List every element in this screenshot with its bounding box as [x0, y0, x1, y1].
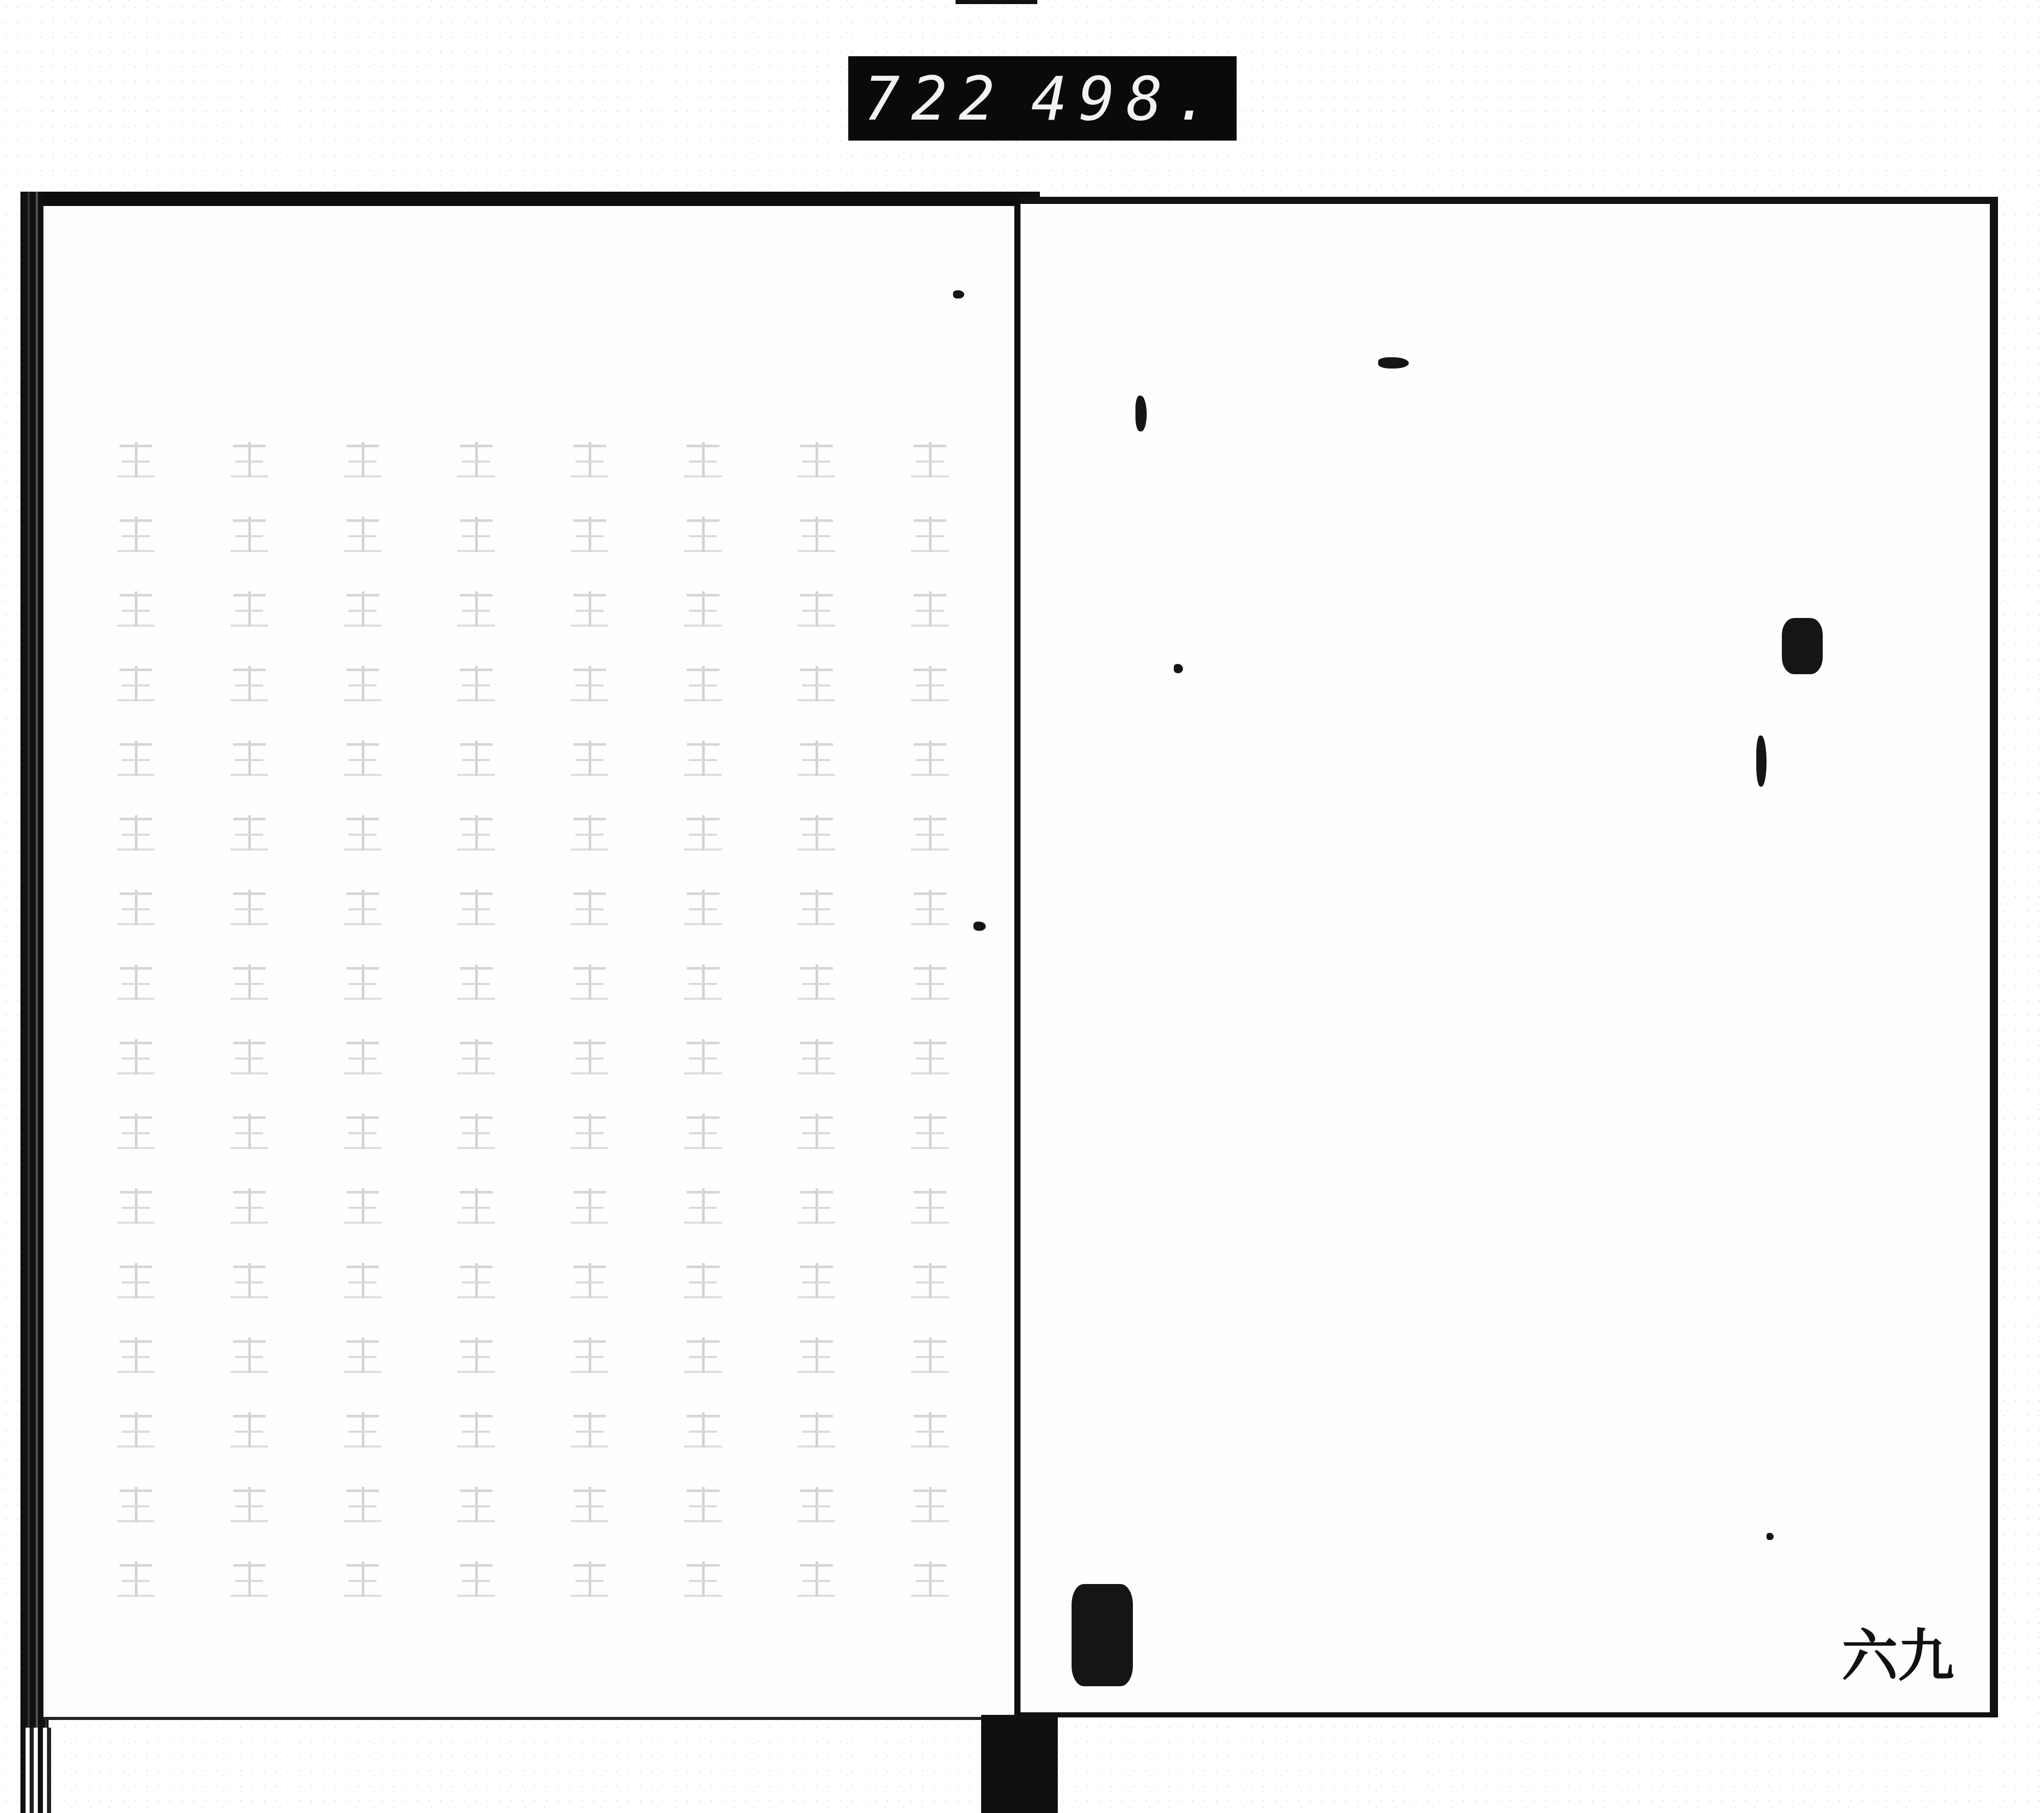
faded-character	[339, 585, 386, 632]
faded-character	[907, 436, 954, 483]
faded-character	[680, 958, 727, 1005]
faded-character	[226, 884, 273, 931]
left-page	[43, 192, 1040, 1720]
faded-character	[793, 436, 840, 483]
faded-character	[793, 1108, 840, 1155]
faded-character	[453, 958, 500, 1005]
film-edge-bottom	[20, 1728, 51, 1813]
faded-character	[680, 809, 727, 856]
faded-character	[339, 958, 386, 1005]
faded-character	[793, 958, 840, 1005]
faded-character	[226, 1555, 273, 1602]
open-book: 六九	[20, 192, 1998, 1720]
faded-character	[793, 660, 840, 707]
faded-character	[453, 436, 500, 483]
faded-character	[112, 809, 159, 856]
faded-character	[112, 585, 159, 632]
faded-character	[793, 1332, 840, 1379]
faded-character	[226, 585, 273, 632]
right-page: 六九	[1020, 197, 1998, 1717]
faded-character	[793, 1406, 840, 1453]
faded-character	[566, 958, 613, 1005]
faded-character	[226, 1481, 273, 1528]
text-column	[675, 436, 731, 1602]
faded-character	[112, 1257, 159, 1304]
faded-character	[339, 1182, 386, 1229]
faded-character	[453, 1481, 500, 1528]
faded-character	[680, 436, 727, 483]
faded-character	[453, 660, 500, 707]
faded-character	[793, 1257, 840, 1304]
faded-character	[566, 585, 613, 632]
faded-character	[680, 511, 727, 558]
faded-character	[793, 511, 840, 558]
text-columns	[108, 436, 958, 1602]
reel-number: 722	[864, 63, 1006, 134]
faded-character	[680, 1481, 727, 1528]
faded-character	[226, 735, 273, 782]
faded-character	[112, 1481, 159, 1528]
faded-character	[453, 1406, 500, 1453]
faded-character	[566, 1481, 613, 1528]
faded-character	[453, 585, 500, 632]
faded-character	[226, 1257, 273, 1304]
faded-character	[907, 1108, 954, 1155]
faded-character	[680, 1108, 727, 1155]
text-column	[448, 436, 504, 1602]
faded-character	[112, 436, 159, 483]
faded-character	[793, 1182, 840, 1229]
faded-character	[226, 958, 273, 1005]
faded-character	[339, 884, 386, 931]
faded-character	[680, 1257, 727, 1304]
faded-character	[566, 1555, 613, 1602]
faded-character	[680, 1182, 727, 1229]
faded-character	[339, 660, 386, 707]
stain	[1767, 1533, 1774, 1540]
faded-character	[339, 1332, 386, 1379]
text-column	[335, 436, 391, 1602]
faded-character	[566, 436, 613, 483]
faded-character	[226, 809, 273, 856]
faded-character	[112, 511, 159, 558]
page-annotation: 六九	[1842, 1611, 1954, 1692]
faded-character	[566, 1108, 613, 1155]
faded-character	[680, 884, 727, 931]
text-column	[788, 436, 845, 1602]
faded-character	[793, 1555, 840, 1602]
faded-character	[453, 884, 500, 931]
faded-character	[226, 1182, 273, 1229]
faded-character	[453, 809, 500, 856]
stain	[1174, 664, 1183, 673]
faded-character	[907, 1033, 954, 1080]
faded-character	[793, 735, 840, 782]
faded-character	[907, 735, 954, 782]
faded-character	[907, 1555, 954, 1602]
stain	[1378, 357, 1409, 369]
faded-character	[112, 958, 159, 1005]
faded-character	[112, 1332, 159, 1379]
faded-character	[339, 1481, 386, 1528]
faded-character	[112, 1555, 159, 1602]
faded-character	[339, 1033, 386, 1080]
gutter-shadow	[981, 1715, 1058, 1813]
faded-character	[339, 1555, 386, 1602]
faded-character	[907, 1481, 954, 1528]
faded-character	[907, 1406, 954, 1453]
faded-character	[907, 1182, 954, 1229]
faded-character	[680, 1406, 727, 1453]
faded-character	[680, 1033, 727, 1080]
faded-character	[226, 436, 273, 483]
faded-character	[339, 511, 386, 558]
faded-character	[566, 809, 613, 856]
faded-character	[793, 1033, 840, 1080]
faded-character	[226, 1108, 273, 1155]
stain	[953, 290, 964, 299]
faded-character	[339, 735, 386, 782]
faded-character	[680, 1555, 727, 1602]
faded-character	[339, 436, 386, 483]
faded-character	[453, 1257, 500, 1304]
faded-character	[907, 884, 954, 931]
text-column	[902, 436, 958, 1602]
faded-character	[112, 1182, 159, 1229]
faded-character	[793, 1481, 840, 1528]
faded-character	[112, 1033, 159, 1080]
faded-character	[907, 809, 954, 856]
film-tab	[956, 0, 1037, 4]
faded-character	[453, 1555, 500, 1602]
stain	[1756, 736, 1767, 787]
faded-character	[907, 660, 954, 707]
faded-character	[226, 1033, 273, 1080]
stain	[973, 922, 986, 931]
faded-character	[226, 660, 273, 707]
stain	[1135, 396, 1147, 431]
faded-character	[566, 660, 613, 707]
faded-character	[453, 1332, 500, 1379]
faded-character	[453, 735, 500, 782]
faded-character	[566, 1332, 613, 1379]
faded-character	[680, 735, 727, 782]
faded-character	[566, 1406, 613, 1453]
faded-character	[566, 735, 613, 782]
frame-number: 498.	[1031, 63, 1221, 134]
faded-character	[566, 884, 613, 931]
faded-character	[112, 1108, 159, 1155]
faded-character	[907, 1332, 954, 1379]
faded-character	[793, 884, 840, 931]
faded-character	[453, 511, 500, 558]
faded-character	[112, 884, 159, 931]
faded-character	[566, 511, 613, 558]
faded-character	[680, 585, 727, 632]
faded-character	[226, 1406, 273, 1453]
faded-character	[339, 1108, 386, 1155]
faded-character	[566, 1257, 613, 1304]
faded-character	[907, 585, 954, 632]
faded-character	[566, 1182, 613, 1229]
faded-character	[339, 1406, 386, 1453]
faded-character	[907, 958, 954, 1005]
text-column	[562, 436, 618, 1602]
faded-character	[339, 809, 386, 856]
stain	[1782, 618, 1823, 674]
faded-character	[112, 735, 159, 782]
text-column	[221, 436, 277, 1602]
faded-character	[112, 1406, 159, 1453]
frame-counter: 722 498.	[848, 56, 1237, 141]
faded-character	[907, 1257, 954, 1304]
gutter	[1014, 192, 1020, 1720]
faded-character	[793, 809, 840, 856]
stain	[1072, 1584, 1133, 1686]
faded-character	[907, 511, 954, 558]
faded-character	[339, 1257, 386, 1304]
faded-character	[453, 1033, 500, 1080]
faded-character	[680, 1332, 727, 1379]
faded-character	[226, 511, 273, 558]
text-column	[108, 436, 164, 1602]
faded-character	[226, 1332, 273, 1379]
faded-character	[680, 660, 727, 707]
faded-character	[453, 1182, 500, 1229]
faded-character	[453, 1108, 500, 1155]
faded-character	[112, 660, 159, 707]
faded-character	[566, 1033, 613, 1080]
faded-character	[793, 585, 840, 632]
